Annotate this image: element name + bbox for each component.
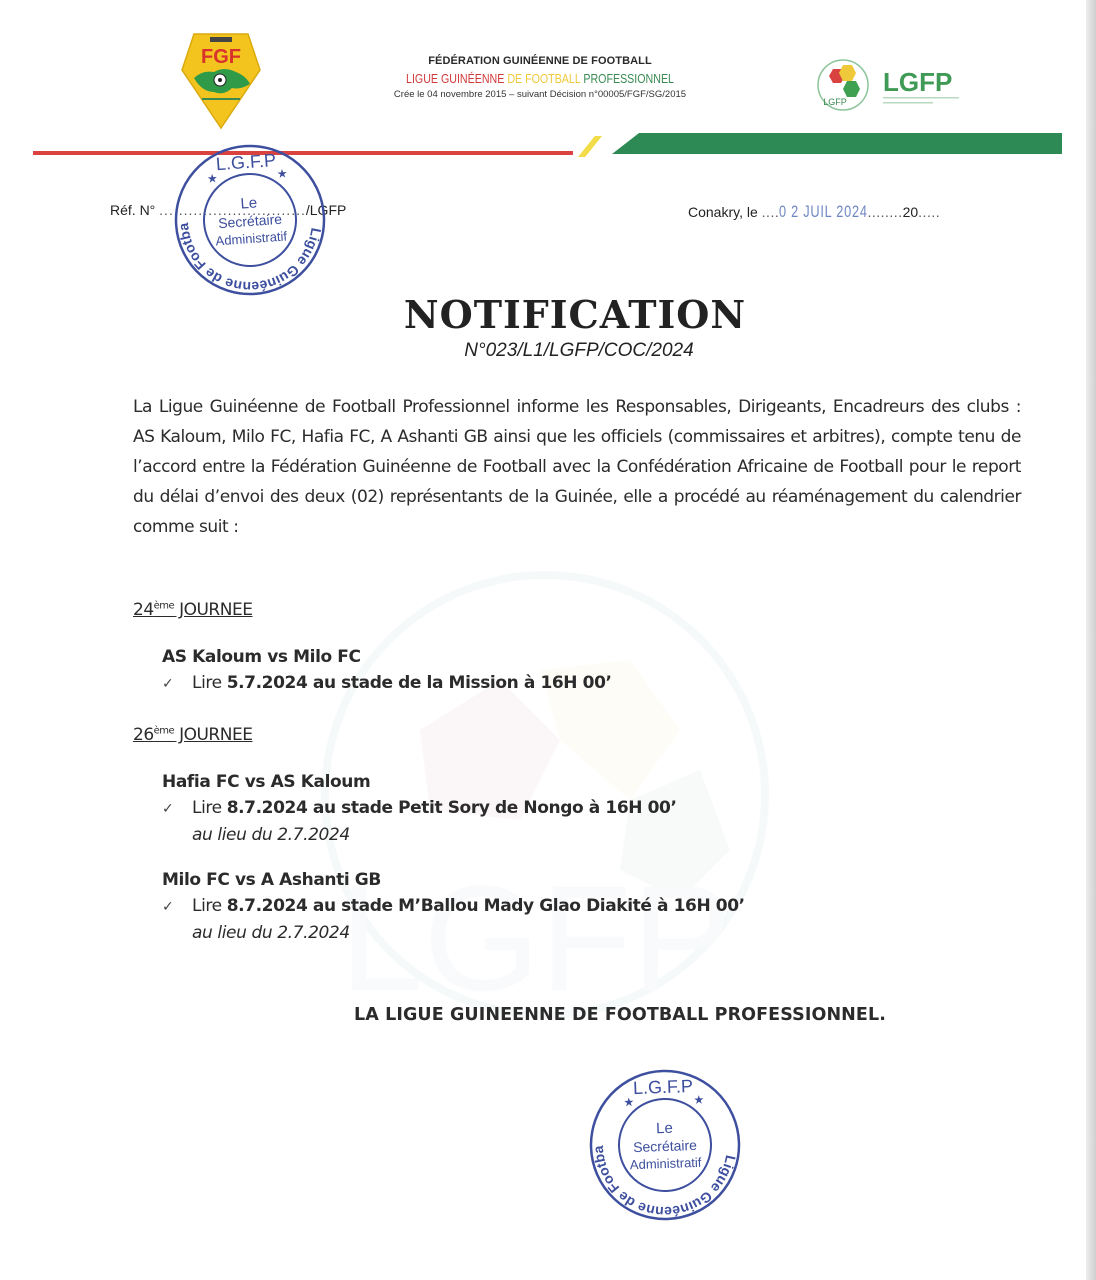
- page-edge: [1086, 0, 1096, 1280]
- document-page: FGF FÉDÉRATION GUINÉENNE DE FOOTBALL LIG…: [0, 0, 1087, 1280]
- match-item: Hafia FC vs AS Kaloum ✓Lire 8.7.2024 au …: [162, 769, 677, 848]
- svg-text:Secrétaire: Secrétaire: [218, 211, 283, 231]
- match-details: 8.7.2024 au stade M’Ballou Mady Glao Dia…: [227, 896, 745, 916]
- match-teams: AS Kaloum vs Milo FC: [162, 644, 612, 670]
- svg-text:Le: Le: [656, 1120, 673, 1138]
- check-icon: ✓: [162, 796, 192, 822]
- svg-text:LGFP: LGFP: [823, 97, 847, 107]
- section-heading-26: 26ème JOURNEE: [133, 725, 252, 745]
- svg-text:★: ★: [276, 166, 288, 181]
- svg-text:Secrétaire: Secrétaire: [633, 1137, 698, 1155]
- svg-text:★: ★: [207, 171, 219, 186]
- svg-text:Administratif: Administratif: [630, 1155, 702, 1173]
- match-details: 8.7.2024 au stade Petit Sory de Nongo à …: [227, 798, 677, 818]
- official-stamp-icon: Ligue Guinéenne de Football Professionne…: [582, 1062, 747, 1227]
- match-teams: Hafia FC vs AS Kaloum: [162, 769, 677, 795]
- match-details: 5.7.2024 au stade de la Mission à 16H 00…: [227, 673, 612, 693]
- svg-text:Administratif: Administratif: [215, 228, 288, 248]
- match-item: Milo FC vs A Ashanti GB ✓Lire 8.7.2024 a…: [162, 867, 745, 946]
- document-number: N°023/L1/LGFP/COC/2024: [0, 340, 1087, 362]
- check-icon: ✓: [162, 894, 192, 920]
- svg-text:L.G.F.P: L.G.F.P: [633, 1076, 694, 1098]
- fgf-logo-icon: FGF: [180, 30, 262, 130]
- svg-text:L.G.F.P: L.G.F.P: [215, 150, 276, 174]
- date-line: Conakry, le ....0 2 JUIL 2024........20.…: [688, 202, 940, 222]
- league-name: LIGUE GUINÉENNE DE FOOTBALL PROFESSIONNE…: [376, 71, 704, 86]
- svg-text:★: ★: [623, 1095, 634, 1109]
- svg-text:LGFP: LGFP: [883, 67, 952, 97]
- original-date: au lieu du 2.7.2024: [162, 920, 745, 946]
- match-teams: Milo FC vs A Ashanti GB: [162, 867, 745, 893]
- match-item: AS Kaloum vs Milo FC ✓Lire 5.7.2024 au s…: [162, 644, 612, 697]
- official-stamp-icon: Ligue Guinéenne de Football Professionne…: [165, 135, 336, 306]
- closing-signature: LA LIGUE GUINEENNE DE FOOTBALL PROFESSIO…: [354, 1005, 886, 1025]
- svg-text:★: ★: [693, 1093, 704, 1107]
- original-date: au lieu du 2.7.2024: [162, 822, 677, 848]
- notification-body: La Ligue Guinéenne de Football Professio…: [133, 392, 1021, 542]
- header-divider-green: [612, 133, 1062, 154]
- check-icon: ✓: [162, 671, 192, 697]
- federation-name: FÉDÉRATION GUINÉENNE DE FOOTBALL: [340, 55, 740, 67]
- date-stamp: 0 2 JUIL 2024: [779, 202, 868, 222]
- lgfp-logo-icon: LGFP LGFP: [815, 55, 975, 115]
- header-divider-yellow: [578, 136, 602, 157]
- document-title: NOTIFICATION: [0, 292, 1087, 337]
- creation-note: Crée le 04 novembre 2015 – suivant Décis…: [340, 89, 740, 100]
- svg-text:FGF: FGF: [201, 46, 241, 68]
- section-heading-24: 24ème JOURNEE: [133, 600, 252, 620]
- svg-text:Le: Le: [240, 194, 258, 212]
- letterhead: FÉDÉRATION GUINÉENNE DE FOOTBALL LIGUE G…: [340, 55, 740, 100]
